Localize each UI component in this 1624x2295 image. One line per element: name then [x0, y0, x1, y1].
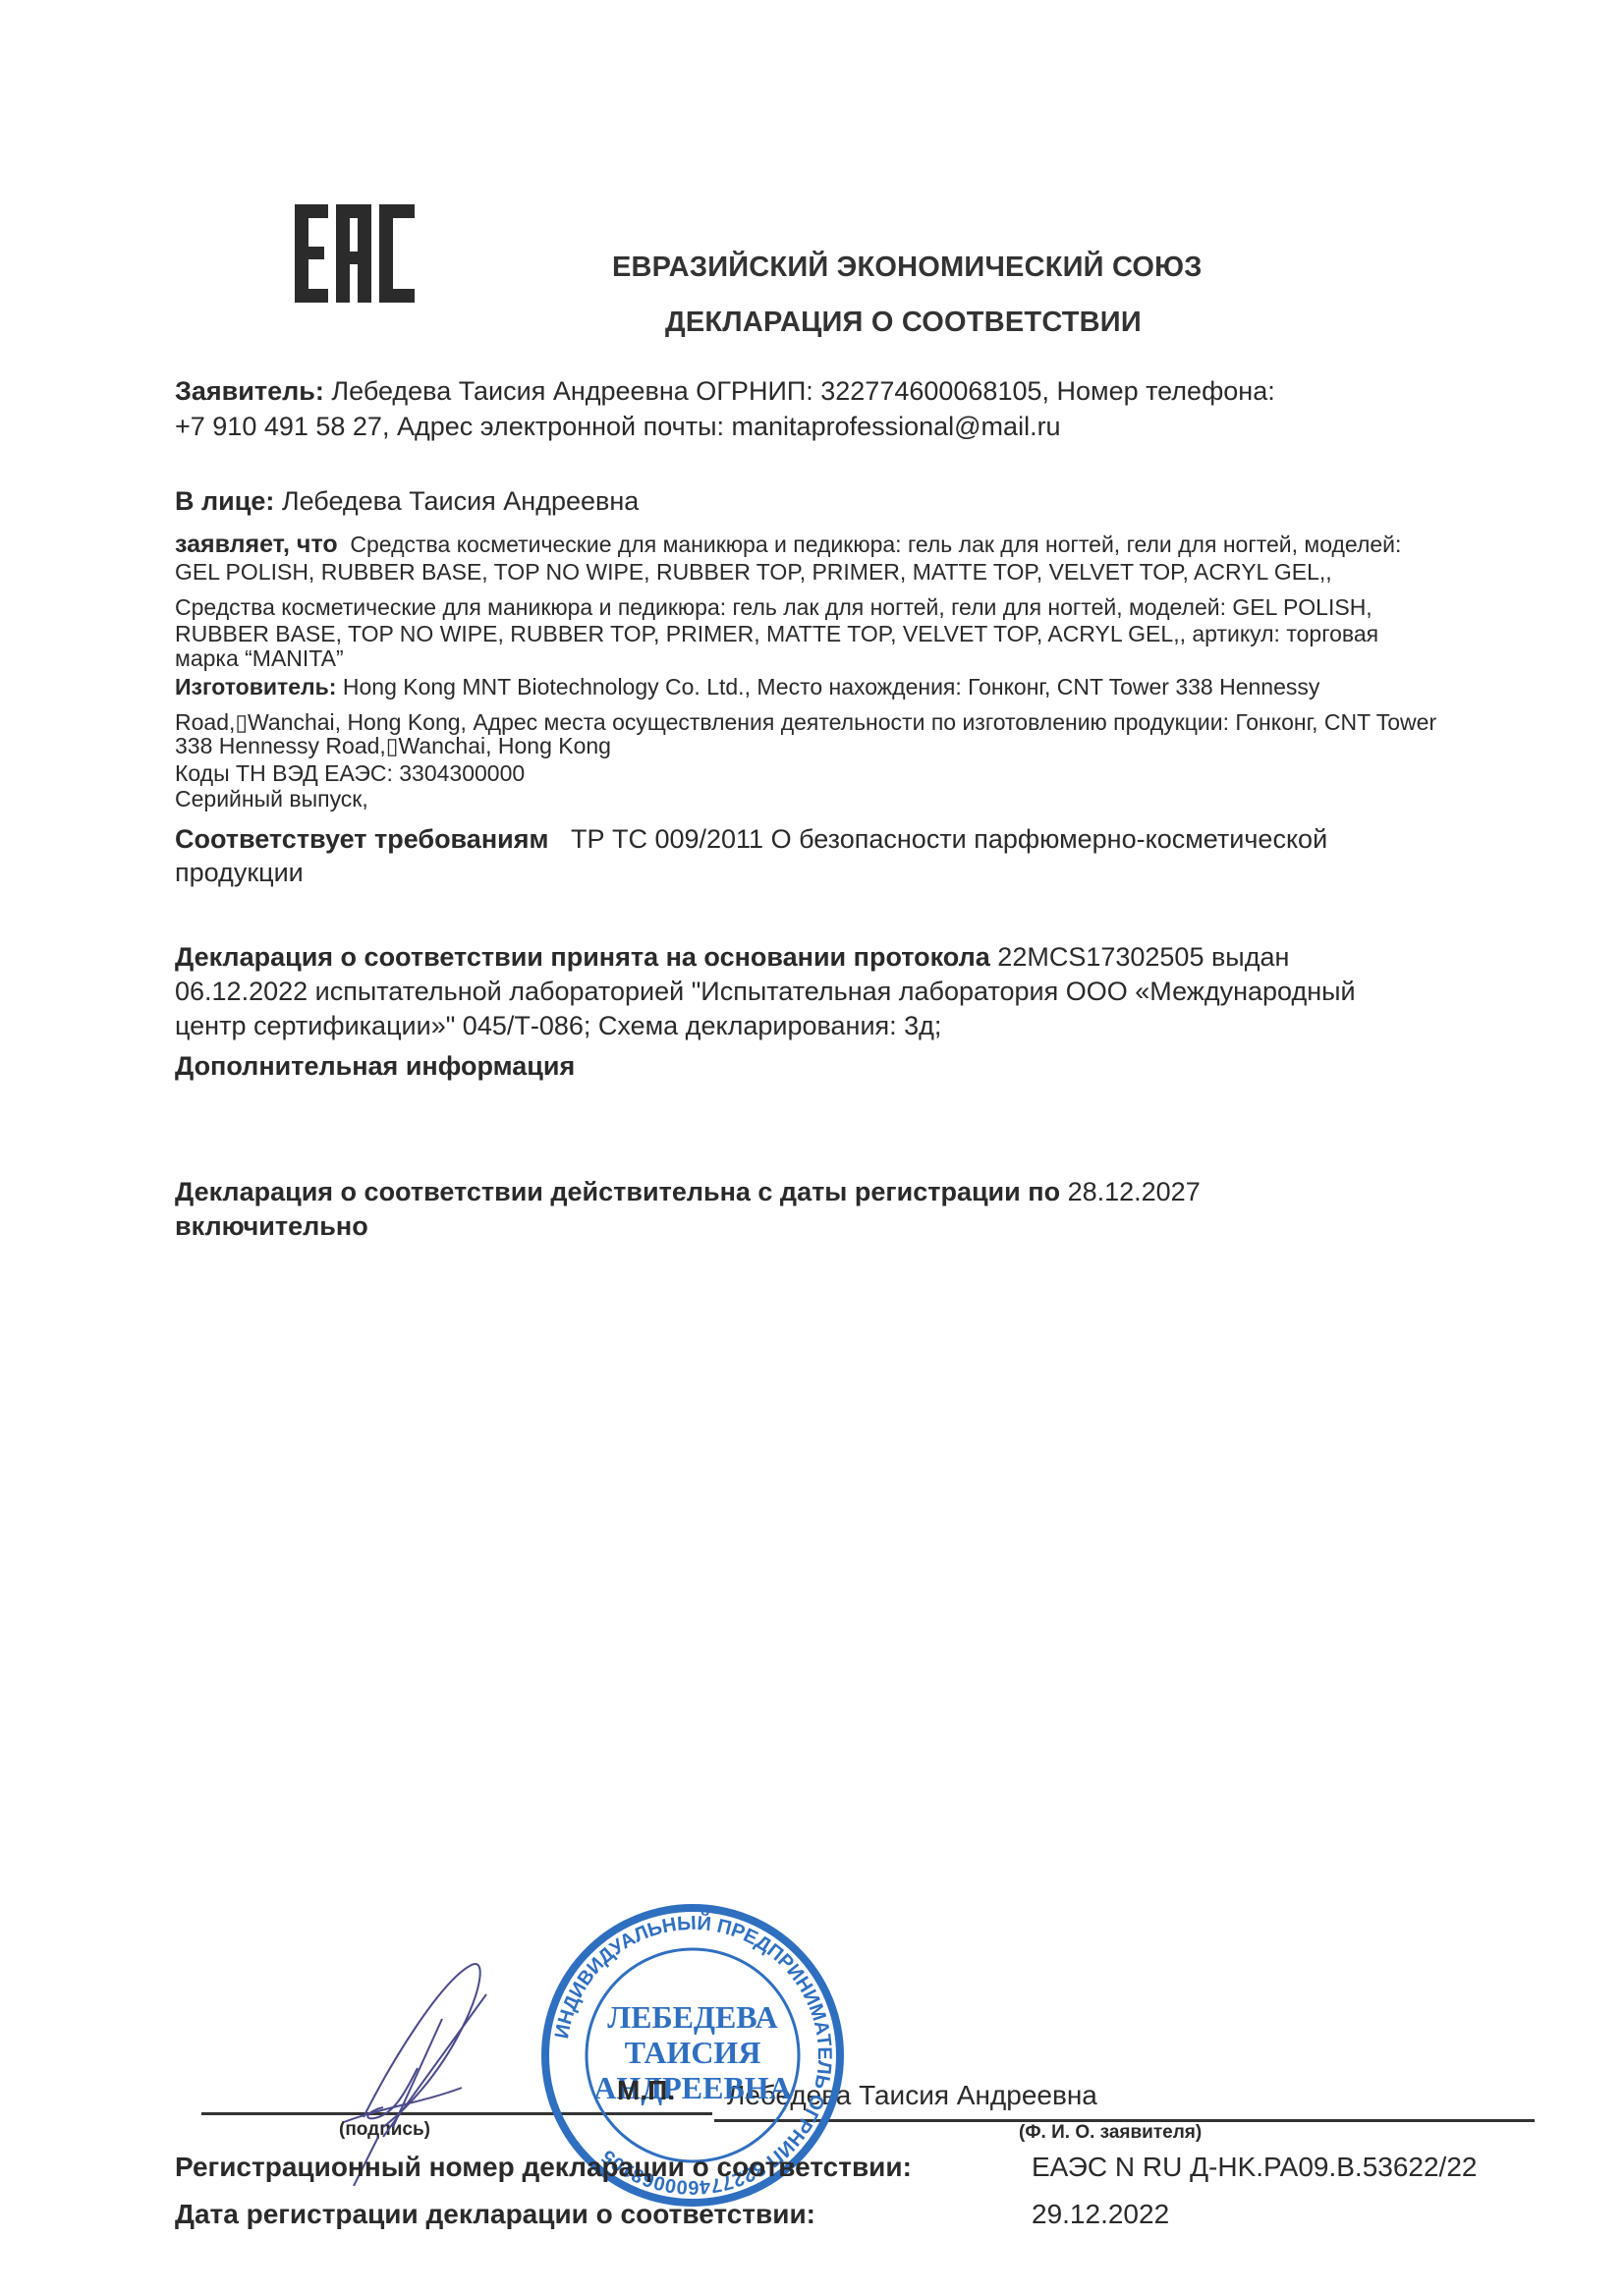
seal-mark: М.П. [617, 2075, 675, 2106]
registration-date-label: Дата регистрации декларации о соответств… [175, 2199, 815, 2230]
declares-line-3: Средства косметические для маникюра и пе… [175, 594, 1372, 622]
validity-line-2: включительно [175, 1208, 368, 1244]
eac-logo [295, 204, 415, 303]
declares-line-5: марка “MANITA” [175, 645, 344, 673]
basis-line-2: 06.12.2022 испытательной лабораторией "И… [175, 974, 1356, 1009]
signature-icon [324, 1940, 540, 2186]
eac-mark-icon [295, 204, 415, 303]
manufacturer-value: Hong Kong MNT Biotechnology Co. Ltd., Ме… [343, 674, 1320, 700]
stamp-line-1: ЛЕБЕДЕВА [607, 1999, 777, 2035]
compliance-line-1: Соответствует требованиям ТР ТС 009/2011… [175, 821, 1327, 857]
basis-line-3: центр сертификации»" 045/Т-086; Схема де… [175, 1008, 941, 1043]
handwritten-signature [324, 1940, 540, 2186]
represented-by: В лице: Лебедева Таисия Андреевна [175, 483, 639, 519]
declares-text: Средства косметические для маникюра и пе… [350, 532, 1401, 557]
registration-number-value: ЕАЭС N RU Д-HK.PA09.B.53622/22 [1032, 2152, 1477, 2183]
name-caption: (Ф. И. О. заявителя) [1019, 2122, 1202, 2144]
stamp-line-2: ТАИСИЯ [625, 2035, 761, 2070]
applicant-value: Лебедева Таисия Андреевна ОГРНИП: 322774… [331, 376, 1274, 406]
declares-line-4: RUBBER BASE, TOP NO WIPE, RUBBER TOP, PR… [175, 621, 1378, 648]
applicant-label: Заявитель: [175, 376, 324, 406]
registration-date-value: 29.12.2022 [1032, 2199, 1169, 2230]
represented-by-value: Лебедева Таисия Андреевна [282, 486, 639, 516]
basis-label: Декларация о соответствии принята на осн… [175, 942, 990, 972]
declares-line-2: GEL POLISH, RUBBER BASE, TOP NO WIPE, RU… [175, 559, 1332, 587]
validity-line-1: Декларация о соответствии действительна … [175, 1174, 1201, 1209]
represented-by-label: В лице: [175, 486, 274, 516]
registration-number-label: Регистрационный номер декларации о соотв… [175, 2152, 912, 2183]
applicant-line-1: Заявитель: Лебедева Таисия Андреевна ОГР… [175, 373, 1275, 409]
additional-info-label: Дополнительная информация [175, 1048, 575, 1084]
compliance-label: Соответствует требованиям [175, 824, 548, 854]
compliance-value: ТР ТС 009/2011 О безопасности парфюмерно… [571, 824, 1327, 854]
applicant-line-2: +7 910 491 58 27, Адрес электронной почт… [175, 409, 1061, 444]
basis-line-1: Декларация о соответствии принята на осн… [175, 939, 1289, 975]
validity-label: Декларация о соответствии действительна … [175, 1177, 1060, 1206]
union-title: ЕВРАЗИЙСКИЙ ЭКОНОМИЧЕСКИЙ СОЮЗ [612, 252, 1203, 284]
manufacturer-line-1: Изготовитель: Hong Kong MNT Biotechnolog… [175, 674, 1319, 701]
manufacturer-label: Изготовитель: [175, 674, 336, 700]
protocol-number: 22MCS17302505 выдан [997, 942, 1289, 972]
serial-production: Серийный выпуск, [175, 786, 368, 813]
document-title: ДЕКЛАРАЦИЯ О СООТВЕТСТВИИ [665, 307, 1142, 339]
hs-codes: Коды ТН ВЭД ЕАЭС: 3304300000 [175, 760, 525, 788]
manufacturer-line-3: 338 Hennessy Road,▯Wanchai, Hong Kong [175, 733, 611, 760]
validity-date: 28.12.2027 [1068, 1177, 1201, 1206]
declares-label: заявляет, что [175, 531, 338, 558]
compliance-line-2: продукции [175, 855, 304, 890]
declares-line-1: заявляет, что Средства косметические для… [175, 532, 1401, 559]
